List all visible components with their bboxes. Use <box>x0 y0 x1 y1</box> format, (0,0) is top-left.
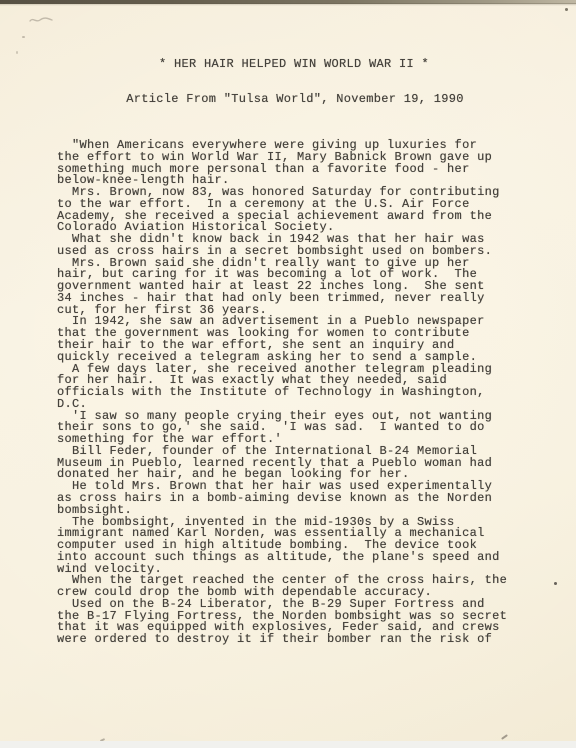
paper-speck <box>554 582 557 585</box>
scanned-document-page: * HER HAIR HELPED WIN WORLD WAR II * Art… <box>0 0 576 748</box>
article-source-line: Article From "Tulsa World", November 19,… <box>7 92 576 106</box>
scanner-background-strip <box>0 741 576 748</box>
article-title: * HER HAIR HELPED WIN WORLD WAR II * <box>6 57 576 71</box>
article-body: "When Americans everywhere were giving u… <box>57 140 507 646</box>
paper-speck <box>16 51 18 54</box>
scan-top-edge-fade <box>0 3 576 6</box>
paper-speck <box>22 36 25 38</box>
pencil-mark <box>28 13 54 31</box>
paper-speck <box>565 8 568 11</box>
